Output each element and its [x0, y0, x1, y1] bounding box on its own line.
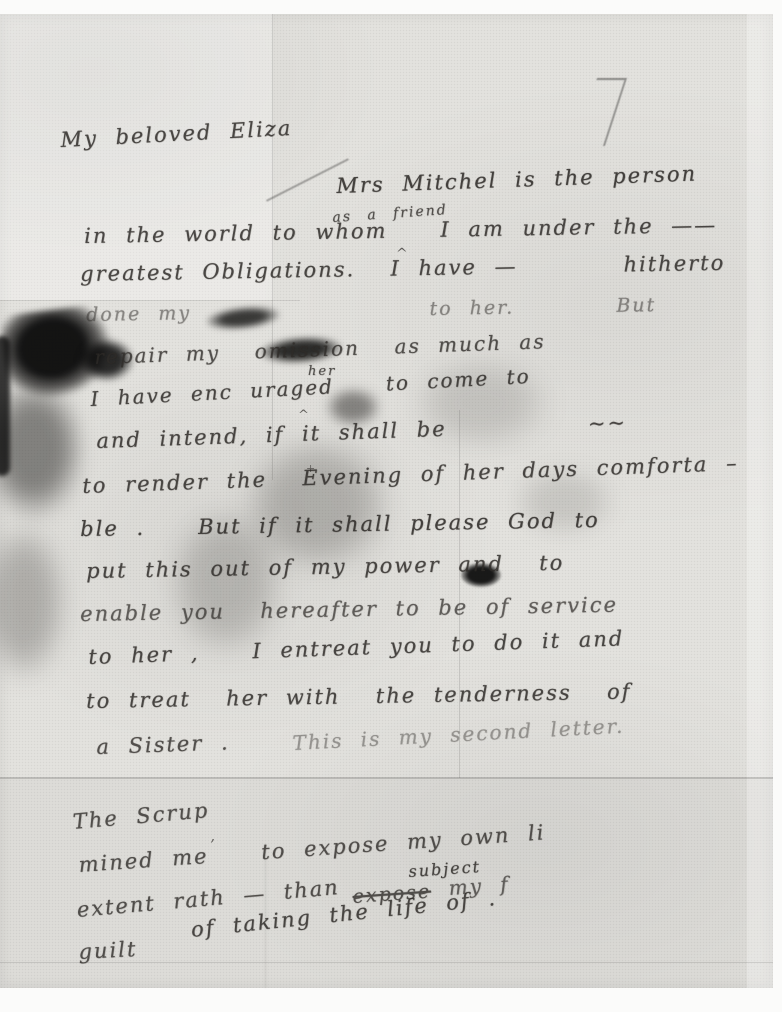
- line-mrs-mitchel: Mrs Mitchel is the person: [336, 163, 697, 197]
- line-put-this: put this out of my power and to: [86, 553, 564, 582]
- plus-above-evening: +: [306, 463, 315, 474]
- paper-fragment-topleft: [0, 14, 273, 300]
- line-repair-my: repair my omission as much as: [94, 331, 546, 367]
- edge-stain: [0, 336, 10, 476]
- ink-stain-fade-lower: [0, 526, 86, 716]
- line-and-intend: and intend, if it shall be ~~: [96, 412, 627, 452]
- tick-above-to: ’: [210, 838, 215, 853]
- caret-below-whom: ^: [396, 247, 408, 261]
- line-done-my: done my to her. But: [86, 296, 656, 325]
- line-to-treat: to treat her with the tenderness of: [86, 681, 632, 712]
- line-ble-but: ble . But if it shall please God to: [80, 510, 600, 540]
- line-in-the-world: in the world to whom I am under the ——: [84, 215, 717, 247]
- line-to-render: to render the Evening of her days comfor…: [82, 453, 739, 497]
- fold-line-horizontal-lower: [0, 777, 773, 779]
- fold-line-horizontal-bottom: [0, 962, 773, 963]
- paper-edge-right: [747, 14, 773, 988]
- line-the-scruples: The Scrup: [72, 800, 210, 833]
- salutation-line: My beloved Eliza: [60, 118, 293, 151]
- fold-line-vertical-upper: [272, 14, 273, 480]
- line-second-letter: This is my second letter.: [292, 716, 625, 753]
- line-to-her: to her , I entreat you to do it and: [88, 628, 625, 668]
- line-a-sister: a Sister .: [96, 732, 230, 758]
- caret-below-encouraged: ^: [298, 409, 309, 422]
- line-enable-you: enable you hereafter to be of service: [80, 595, 618, 625]
- letter-scan: My beloved Eliza Mrs Mitchel is the pers…: [0, 0, 782, 1012]
- paper-sheet: My beloved Eliza Mrs Mitchel is the pers…: [0, 14, 773, 988]
- shadow-patch-1: [248, 440, 388, 568]
- pencil-seven-mark: [575, 78, 627, 146]
- line-guilt: guilt: [78, 939, 138, 963]
